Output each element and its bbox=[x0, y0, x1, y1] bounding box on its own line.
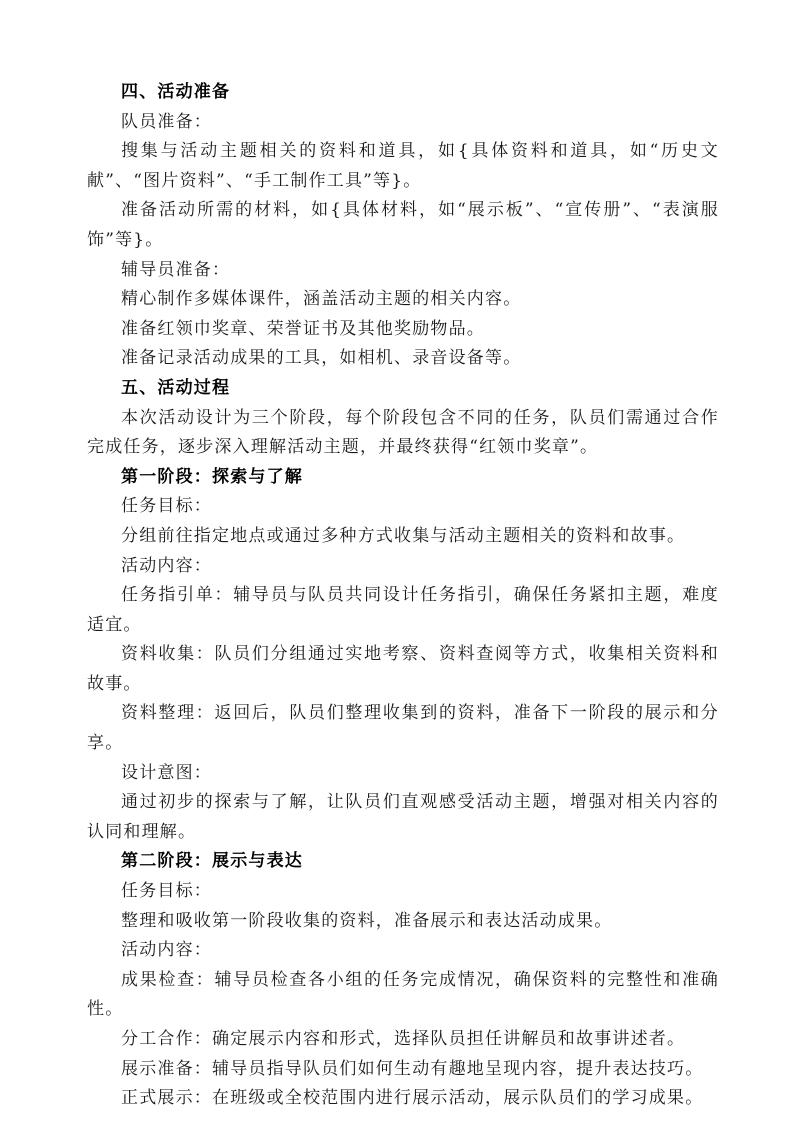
paragraph: 精心制作多媒体课件，涵盖活动主题的相关内容。 bbox=[87, 285, 719, 315]
document-page: 四、活动准备 队员准备： 搜集与活动主题相关的资料和道具，如{具体资料和道具，如… bbox=[87, 78, 719, 1114]
subheading-task-goal: 任务目标： bbox=[87, 492, 719, 522]
stage-heading-2: 第二阶段：展示与表达 bbox=[87, 847, 719, 877]
paragraph: 资料收集：队员们分组通过实地考察、资料查阅等方式，收集相关资料和故事。 bbox=[87, 640, 719, 699]
subheading-member-prep: 队员准备： bbox=[87, 108, 719, 138]
stage-heading-1: 第一阶段：探索与了解 bbox=[87, 463, 719, 493]
section-heading-preparation: 四、活动准备 bbox=[87, 78, 719, 108]
paragraph: 成果检查：辅导员检查各小组的任务完成情况，确保资料的完整性和准确性。 bbox=[87, 966, 719, 1025]
paragraph: 准备红领巾奖章、荣誉证书及其他奖励物品。 bbox=[87, 315, 719, 345]
paragraph: 本次活动设计为三个阶段，每个阶段包含不同的任务，队员们需通过合作完成任务，逐步深… bbox=[87, 404, 719, 463]
paragraph: 准备活动所需的材料，如{具体材料，如“展示板”、“宣传册”、“表演服饰”等}。 bbox=[87, 196, 719, 255]
section-heading-process: 五、活动过程 bbox=[87, 374, 719, 404]
subheading-activity-content: 活动内容： bbox=[87, 936, 719, 966]
paragraph: 正式展示：在班级或全校范围内进行展示活动，展示队员们的学习成果。 bbox=[87, 1084, 719, 1114]
subheading-design-intent: 设计意图： bbox=[87, 759, 719, 789]
paragraph: 通过初步的探索与了解，让队员们直观感受活动主题，增强对相关内容的认同和理解。 bbox=[87, 788, 719, 847]
paragraph: 任务指引单：辅导员与队员共同设计任务指引，确保任务紧扣主题，难度适宜。 bbox=[87, 581, 719, 640]
subheading-activity-content: 活动内容： bbox=[87, 552, 719, 582]
paragraph: 整理和吸收第一阶段收集的资料，准备展示和表达活动成果。 bbox=[87, 907, 719, 937]
paragraph: 准备记录活动成果的工具，如相机、录音设备等。 bbox=[87, 344, 719, 374]
paragraph: 分组前往指定地点或通过多种方式收集与活动主题相关的资料和故事。 bbox=[87, 522, 719, 552]
subheading-task-goal: 任务目标： bbox=[87, 877, 719, 907]
paragraph: 分工合作：确定展示内容和形式，选择队员担任讲解员和故事讲述者。 bbox=[87, 1025, 719, 1055]
subheading-counselor-prep: 辅导员准备： bbox=[87, 256, 719, 286]
paragraph: 搜集与活动主题相关的资料和道具，如{具体资料和道具，如“历史文献”、“图片资料”… bbox=[87, 137, 719, 196]
paragraph: 资料整理：返回后，队员们整理收集到的资料，准备下一阶段的展示和分享。 bbox=[87, 699, 719, 758]
paragraph: 展示准备：辅导员指导队员们如何生动有趣地呈现内容，提升表达技巧。 bbox=[87, 1055, 719, 1085]
